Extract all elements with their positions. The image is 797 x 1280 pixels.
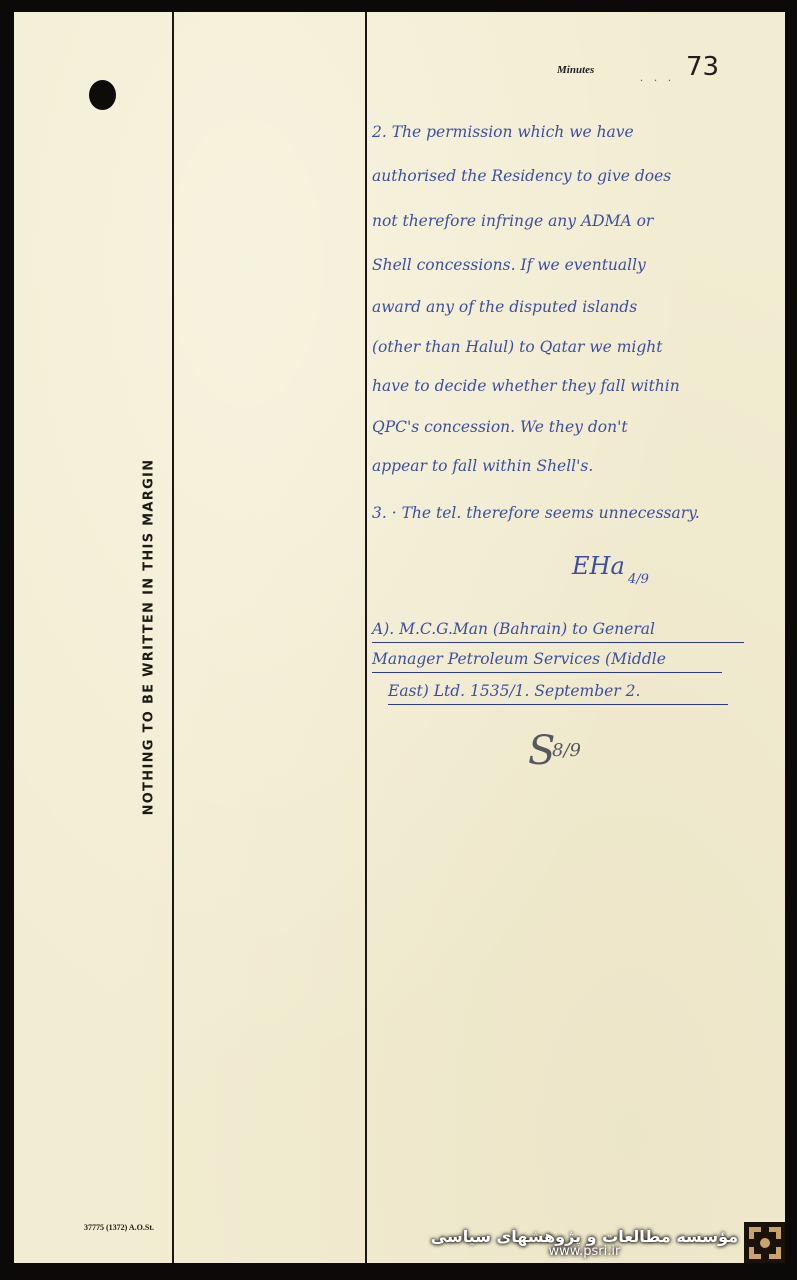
minutes-heading: Minutes bbox=[557, 64, 594, 76]
handwritten-line: QPC's concession. We they don't bbox=[372, 420, 772, 436]
handwritten-line: award any of the disputed islands bbox=[372, 300, 772, 316]
signature-initials: EHa bbox=[572, 552, 625, 580]
psri-logo-icon bbox=[744, 1222, 785, 1263]
punch-hole bbox=[89, 80, 116, 110]
handwritten-line: authorised the Residency to give does bbox=[372, 169, 772, 185]
handwritten-line: Shell concessions. If we eventually bbox=[372, 258, 772, 274]
handwritten-line: (other than Halul) to Qatar we might bbox=[372, 340, 772, 356]
handwritten-line: have to decide whether they fall within bbox=[372, 379, 772, 395]
handwritten-line: appear to fall within Shell's. bbox=[372, 459, 772, 475]
handwritten-paragraph-3: 3. · The tel. therefore seems unnecessar… bbox=[372, 506, 772, 522]
margin-rule-right bbox=[365, 12, 367, 1263]
reference-line: East) Ltd. 1535/1. September 2. bbox=[388, 684, 728, 705]
handwritten-line: not therefore infringe any ADMA or bbox=[372, 214, 772, 230]
minutes-dots: . . . bbox=[640, 70, 675, 85]
reference-line: A). M.C.G.Man (Bahrain) to General bbox=[372, 622, 744, 643]
margin-notice: NOTHING TO BE WRITTEN IN THIS MARGIN bbox=[142, 459, 157, 816]
handwritten-line: 2. The permission which we have bbox=[372, 125, 772, 141]
signature-date: 4/9 bbox=[628, 572, 649, 587]
signature-date-2: 8/9 bbox=[552, 740, 581, 761]
psri-watermark: مؤسسه مطالعات و پژوهشهای سیاسی www.psri.… bbox=[431, 1222, 785, 1263]
margin-rule-left bbox=[172, 12, 174, 1263]
page-number: 73 bbox=[686, 52, 719, 82]
reference-line: Manager Petroleum Services (Middle bbox=[372, 652, 722, 673]
watermark-title: مؤسسه مطالعات و پژوهشهای سیاسی bbox=[431, 1227, 738, 1246]
form-code: 37775 (1372) A.O.St. bbox=[84, 1223, 154, 1232]
